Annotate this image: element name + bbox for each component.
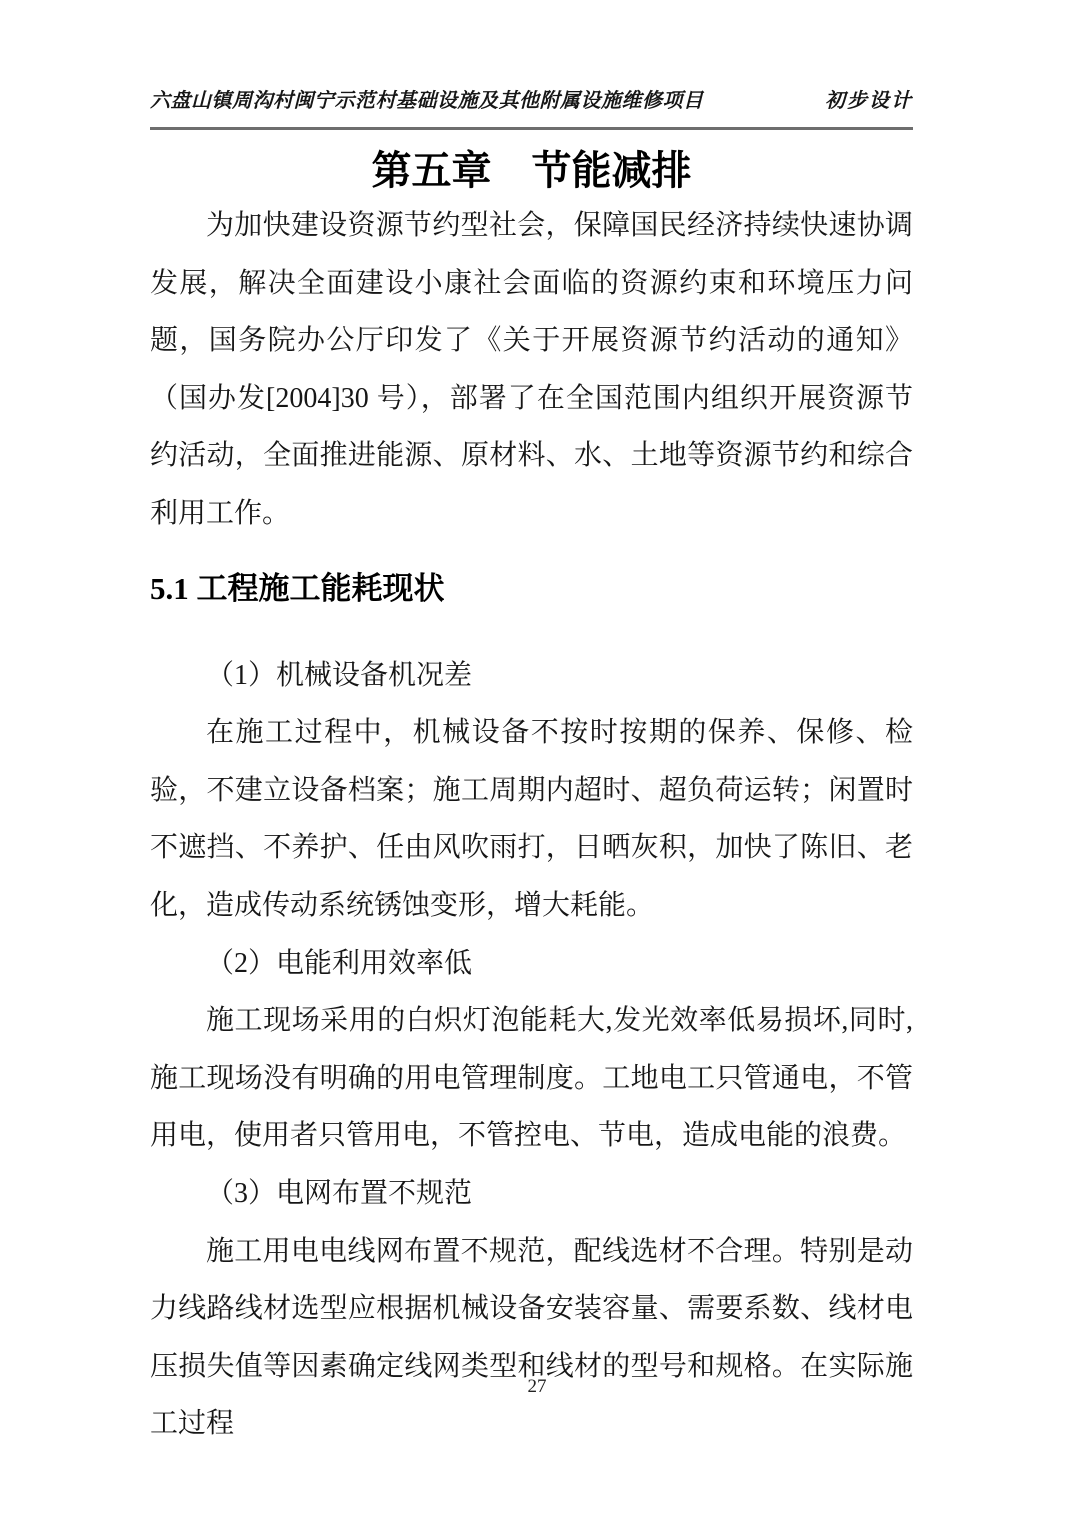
chapter-title: 第五章 节能减排: [150, 145, 913, 197]
item-2-body: 施工现场采用的白炽灯泡能耗大,发光效率低易损坏,同时,施工现场没有明确的用电管理…: [150, 992, 913, 1165]
header-divider: [150, 127, 913, 130]
item-3-body: 施工用电电线网布置不规范，配线选材不合理。特别是动力线路线材选型应根据机械设备安…: [150, 1223, 913, 1453]
document-page: 六盘山镇周沟村闽宁示范村基础设施及其他附属设施维修项目 初步设计 第五章 节能减…: [0, 0, 1074, 1520]
header-doc-type: 初步设计: [825, 88, 913, 114]
item-3-label: （3）电网布置不规范: [150, 1165, 913, 1223]
item-1-body: 在施工过程中，机械设备不按时按期的保养、保修、检验，不建立设备档案；施工周期内超…: [150, 704, 913, 934]
intro-paragraph: 为加快建设资源节约型社会，保障国民经济持续快速协调发展，解决全面建设小康社会面临…: [150, 197, 913, 543]
item-2-label: （2）电能利用效率低: [150, 935, 913, 993]
body-text: 为加快建设资源节约型社会，保障国民经济持续快速协调发展，解决全面建设小康社会面临…: [150, 197, 913, 1453]
page-header: 六盘山镇周沟村闽宁示范村基础设施及其他附属设施维修项目 初步设计: [150, 88, 913, 114]
page-number: 27: [0, 1376, 1074, 1398]
section-heading: 5.1 工程施工能耗现状: [150, 569, 913, 609]
item-1-label: （1）机械设备机况差: [150, 647, 913, 705]
header-project-title: 六盘山镇周沟村闽宁示范村基础设施及其他附属设施维修项目: [150, 88, 704, 114]
page-content: 六盘山镇周沟村闽宁示范村基础设施及其他附属设施维修项目 初步设计 第五章 节能减…: [150, 88, 913, 1453]
